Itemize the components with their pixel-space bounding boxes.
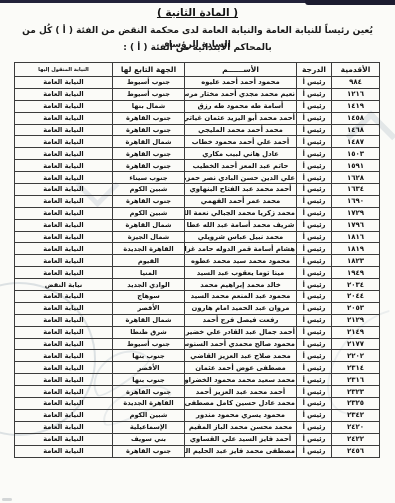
cell-grade: رئيس أ [297,160,332,172]
cell-entity: سوهاج [113,291,185,303]
cell-grade: رئيس أ [297,124,332,136]
cell-seniority: ٢٤٢٢ [332,433,380,445]
cell-destination: النيابة العامة [15,338,113,350]
cell-destination: النيابة العامة [15,195,113,207]
cell-grade: رئيس أ [297,302,332,314]
cell-destination: النيابة العامة [15,386,113,398]
cell-seniority: ٢١٧٧ [332,338,380,350]
cell-name: محمد عادل حسين كامل مصطفى [185,398,297,410]
header-entity: الجهة التابع لها [113,63,185,77]
table-row: ٢٠٤٤رئيس أمحمود عبد المنعم محمد السيدسوه… [15,291,380,303]
cell-seniority: ٢١٤٩ [332,326,380,338]
table-row: ١٤٥٨رئيس أأحمد محمد أبو اليزيد عثمان غيا… [15,112,380,124]
cell-name: محمد صلاح عبد العزيز القاضي [185,350,297,362]
header-grade: الدرجة [297,63,332,77]
cell-grade: رئيس أ [297,100,332,112]
cell-name: محمد أحمد محمد المليجي [185,124,297,136]
table-row: ١٨١٩رئيس أهشام أسامة قمر الدوله حامد غزا… [15,243,380,255]
cell-entity: جنوب سيناء [113,172,185,184]
cell-entity: شمال القاهرة [113,314,185,326]
cell-destination: النيابة العامة [15,184,113,196]
cell-name: رفعت فيصل فرج أحمد [185,314,297,326]
table-header-row: الأقدمية الدرجة الأســــــم الجهة التابع… [15,63,380,77]
decree-intro-line2: بالمحاكم الابتدائية من الفئة ( أ ) : [14,42,381,56]
cell-name: مروان عبد الحميد امام هارون [185,302,297,314]
cell-seniority: ١٨١٦ [332,231,380,243]
cell-entity: شبين الكوم [113,207,185,219]
cell-destination: النيابة العامة [15,362,113,374]
table-row: ٩٨٤رئيس أمحمود أحمد أحمد عليوهجنوب أسيوط… [15,77,380,89]
cell-entity: شمال بنها [113,100,185,112]
scanned-decree-page: ( المادة الثانية ) يُعين رئيساً للنيابة … [0,0,395,503]
cell-entity: جنوب أسيوط [113,88,185,100]
cell-seniority: ٢٣٢٣ [332,386,380,398]
cell-name: أحمد جمال عبد القادر علي خضير [185,326,297,338]
cell-name: أسامة طه محمود طه رزق [185,100,297,112]
cell-entity: جنوب بنها [113,374,185,386]
cell-grade: رئيس أ [297,136,332,148]
cell-seniority: ١٦٢٨ [332,172,380,184]
cell-name: محمد زكريا محمد الجبالي نعمة الله [185,207,297,219]
cell-grade: رئيس أ [297,112,332,124]
table-row: ٢٠٣٤رئيس أخالد محمد إبراهيم محمدالوادي ا… [15,279,380,291]
table-row: ٢٢٠٢رئيس أمحمد صلاح عبد العزيز القاضيجنو… [15,350,380,362]
cell-entity: بني سويف [113,433,185,445]
cell-seniority: ٢٣١٤ [332,362,380,374]
table-row: ١٨١٦رئيس أمحمد نبيل عباس شرويليشمال الجي… [15,231,380,243]
cell-entity: جنوب القاهرة [113,148,185,160]
table-row: ١٧٩٦رئيس أشريف محمد أسامة عبد الله عطاشم… [15,219,380,231]
cell-entity: جنوب القاهرة [113,112,185,124]
table-row: ٢٤٢٠رئيس أمحمد محسن محمد الباز المقيمالإ… [15,421,380,433]
cell-grade: رئيس أ [297,279,332,291]
cell-grade: رئيس أ [297,326,332,338]
cell-grade: رئيس أ [297,88,332,100]
cell-name: محمد سعيد محمد محمود الخضراوي [185,374,297,386]
cell-entity: شبين الكوم [113,409,185,421]
cell-seniority: ١٢١٦ [332,88,380,100]
cell-name: هشام أسامة قمر الدوله حامد غزال [185,243,297,255]
cell-grade: رئيس أ [297,374,332,386]
cell-entity: القاهرة الجديدة [113,398,185,410]
cell-entity: الفيوم [113,255,185,267]
cell-seniority: ١٧٢٩ [332,207,380,219]
cell-grade: رئيس أ [297,445,332,457]
cell-entity: جنوب القاهرة [113,160,185,172]
cell-seniority: ١٦٩٠ [332,195,380,207]
cell-destination: النيابة العامة [15,302,113,314]
cell-entity: جنوب أسيوط [113,77,185,89]
table-row: ١٩٤٩رئيس أمينا توما يعقوب عبد السيدالمني… [15,267,380,279]
header-seniority: الأقدمية [332,63,380,77]
cell-destination: النيابة العامة [15,445,113,457]
cell-grade: رئيس أ [297,243,332,255]
table-row: ٢١٤٩رئيس أأحمد جمال عبد القادر علي خضيرش… [15,326,380,338]
cell-destination: النيابة العامة [15,374,113,386]
cell-name: شريف محمد أسامة عبد الله عطا [185,219,297,231]
cell-destination: النيابة العامة [15,421,113,433]
cell-grade: رئيس أ [297,386,332,398]
cell-seniority: ٢٣١٦ [332,374,380,386]
table-row: ١٥٠٣رئيس أعادل هاني لبيب مكاريجنوب القاه… [15,148,380,160]
cell-name: أحمد محمد عبد العزيز أحمد [185,386,297,398]
cell-seniority: ٢٣٢٥ [332,398,380,410]
table-row: ٢٤٢٢رئيس أأحمد فايز السيد علي القساويبني… [15,433,380,445]
cell-name: أحمد محمد عبد الفتاح البنهاوي [185,184,297,196]
cell-destination: النيابة العامة [15,433,113,445]
table-row: ١٢١٦رئيس أنعيم محمد مجدي أحمد مختار مرسي… [15,88,380,100]
cell-grade: رئيس أ [297,172,332,184]
cell-entity: شمال القاهرة [113,136,185,148]
scan-artifact [2,498,12,501]
cell-seniority: ١٨٢٣ [332,255,380,267]
cell-seniority: ١٥٩١ [332,160,380,172]
table-row: ١٤١٩رئيس أأسامة طه محمود طه رزقشمال بنها… [15,100,380,112]
table-row: ١٦٢٨رئيس أعلي الدين حسن البادي نصر حمزة … [15,172,380,184]
table-row: ٢١٢٩رئيس أرفعت فيصل فرج أحمدشمال القاهرة… [15,314,380,326]
cell-name: مصطفى عوض أحمد عثمان [185,362,297,374]
cell-name: أحمد فايز السيد علي القساوي [185,433,297,445]
table-row: ١٧٢٩رئيس أمحمد زكريا محمد الجبالي نعمة ا… [15,207,380,219]
cell-seniority: ١٩٤٩ [332,267,380,279]
cell-destination: النيابة العامة [15,398,113,410]
cell-name: محمود محمد سيد محمد عطوه [185,255,297,267]
cell-name: محمد محسن محمد الباز المقيم [185,421,297,433]
cell-destination: النيابة العامة [15,350,113,362]
cell-grade: رئيس أ [297,350,332,362]
cell-name: محمود صالح محمدي أحمد السنوسي [185,338,297,350]
cell-entity: القاهرة الجديدة [113,243,185,255]
cell-destination: النيابة العامة [15,172,113,184]
table-row: ١٦٣٤رئيس أأحمد محمد عبد الفتاح البنهاويش… [15,184,380,196]
scan-top-edge-corner [305,0,395,5]
cell-grade: رئيس أ [297,219,332,231]
cell-grade: رئيس أ [297,338,332,350]
cell-grade: رئيس أ [297,195,332,207]
cell-grade: رئيس أ [297,362,332,374]
cell-destination: النيابة العامة [15,136,113,148]
cell-destination: النيابة العامة [15,231,113,243]
table-row: ١٥٩١رئيس أحاتم عبد المعز أحمد الخطيبجنوب… [15,160,380,172]
cell-destination: النيابة العامة [15,267,113,279]
cell-seniority: ٢٤٢٠ [332,421,380,433]
cell-entity: الإسماعيلية [113,421,185,433]
cell-grade: رئيس أ [297,231,332,243]
cell-destination: النيابة العامة [15,77,113,89]
cell-grade: رئيس أ [297,77,332,89]
cell-grade: رئيس أ [297,314,332,326]
cell-seniority: ١٤٥٨ [332,112,380,124]
appointments-table: الأقدمية الدرجة الأســــــم الجهة التابع… [14,62,380,458]
cell-entity: شبين الكوم [113,184,185,196]
cell-destination: نيابة النقض [15,279,113,291]
cell-name: أحمد علي أحمد محمود خطاب [185,136,297,148]
table-row: ١٤٦٨رئيس أمحمد أحمد محمد المليجيجنوب الق… [15,124,380,136]
cell-entity: الوادي الجديد [113,279,185,291]
cell-seniority: ٢٠٣٤ [332,279,380,291]
cell-name: مصطفى محمد فايز عبد الحليم القاضي [185,445,297,457]
cell-name: حاتم عبد المعز أحمد الخطيب [185,160,297,172]
cell-entity: شرق طنطا [113,326,185,338]
cell-seniority: ١٥٠٣ [332,148,380,160]
table-row: ٢٣١٦رئيس أمحمد سعيد محمد محمود الخضراويج… [15,374,380,386]
cell-entity: المنيا [113,267,185,279]
table-row: ٢٣٢٥رئيس أمحمد عادل حسين كامل مصطفىالقاه… [15,398,380,410]
cell-destination: النيابة العامة [15,409,113,421]
cell-grade: رئيس أ [297,255,332,267]
cell-grade: رئيس أ [297,207,332,219]
cell-seniority: ١٧٩٦ [332,219,380,231]
table-row: ٢٤٥٦رئيس أمصطفى محمد فايز عبد الحليم الق… [15,445,380,457]
cell-name: علي الدين حسن البادي نصر حمزة الطوخي [185,172,297,184]
cell-destination: النيابة العامة [15,124,113,136]
cell-name: مينا توما يعقوب عبد السيد [185,267,297,279]
cell-grade: رئيس أ [297,421,332,433]
cell-destination: النيابة العامة [15,314,113,326]
table-row: ٢٣٤٢رئيس أمحمود يسري محمود مندورشبين الك… [15,409,380,421]
cell-entity: جنوب القاهرة [113,124,185,136]
cell-seniority: ١٨١٩ [332,243,380,255]
table-row: ٢١٧٧رئيس أمحمود صالح محمدي أحمد السنوسيج… [15,338,380,350]
cell-destination: النيابة العامة [15,255,113,267]
cell-entity: شمال القاهرة [113,219,185,231]
cell-name: محمد عمر أحمد الفهمي [185,195,297,207]
cell-seniority: ١٦٣٤ [332,184,380,196]
cell-destination: النيابة العامة [15,148,113,160]
cell-destination: النيابة العامة [15,291,113,303]
table-row: ٢٣١٤رئيس أمصطفى عوض أحمد عثمانالأقصرالني… [15,362,380,374]
cell-seniority: ٩٨٤ [332,77,380,89]
cell-entity: جنوب القاهرة [113,195,185,207]
cell-seniority: ٢١٢٩ [332,314,380,326]
header-destination: النيابة المنقول إليها [15,63,113,77]
cell-seniority: ١٤١٩ [332,100,380,112]
cell-name: محمود أحمد أحمد عليوه [185,77,297,89]
cell-seniority: ٢٠٥٣ [332,302,380,314]
cell-seniority: ٢٢٠٢ [332,350,380,362]
cell-seniority: ١٤٦٨ [332,124,380,136]
table-row: ٢٠٥٣رئيس أمروان عبد الحميد امام هارونالأ… [15,302,380,314]
cell-entity: الأقصر [113,362,185,374]
cell-name: محمود يسري محمود مندور [185,409,297,421]
cell-grade: رئيس أ [297,409,332,421]
cell-destination: النيابة العامة [15,160,113,172]
cell-entity: جنوب أسيوط [113,338,185,350]
cell-name: نعيم محمد مجدي أحمد مختار مرسي حموده [185,88,297,100]
cell-name: عادل هاني لبيب مكاري [185,148,297,160]
table-row: ١٨٢٣رئيس أمحمود محمد سيد محمد عطوهالفيوم… [15,255,380,267]
cell-destination: النيابة العامة [15,326,113,338]
cell-entity: الأقصر [113,302,185,314]
cell-destination: النيابة العامة [15,243,113,255]
cell-grade: رئيس أ [297,148,332,160]
cell-seniority: ٢٤٥٦ [332,445,380,457]
cell-destination: النيابة العامة [15,100,113,112]
cell-entity: جنوب القاهرة [113,445,185,457]
cell-grade: رئيس أ [297,267,332,279]
cell-grade: رئيس أ [297,184,332,196]
cell-destination: النيابة العامة [15,219,113,231]
cell-entity: جنوب القاهرة [113,386,185,398]
cell-destination: النيابة العامة [15,88,113,100]
cell-name: خالد محمد إبراهيم محمد [185,279,297,291]
cell-grade: رئيس أ [297,398,332,410]
cell-destination: النيابة العامة [15,112,113,124]
cell-grade: رئيس أ [297,433,332,445]
cell-seniority: ٢٣٤٢ [332,409,380,421]
article-title: ( المادة الثانية ) [0,7,395,19]
table-row: ١٤٨٧رئيس أأحمد علي أحمد محمود خطابشمال ا… [15,136,380,148]
cell-seniority: ٢٠٤٤ [332,291,380,303]
cell-seniority: ١٤٨٧ [332,136,380,148]
cell-name: محمود عبد المنعم محمد السيد [185,291,297,303]
cell-grade: رئيس أ [297,291,332,303]
header-name: الأســــــم [185,63,297,77]
table-row: ١٦٩٠رئيس أمحمد عمر أحمد الفهميجنوب القاه… [15,195,380,207]
cell-entity: جنوب بنها [113,350,185,362]
cell-name: أحمد محمد أبو اليزيد عثمان غياتي [185,112,297,124]
table-row: ٢٣٢٣رئيس أأحمد محمد عبد العزيز أحمدجنوب … [15,386,380,398]
cell-destination: النيابة العامة [15,207,113,219]
cell-entity: شمال الجيزة [113,231,185,243]
cell-name: محمد نبيل عباس شرويلي [185,231,297,243]
